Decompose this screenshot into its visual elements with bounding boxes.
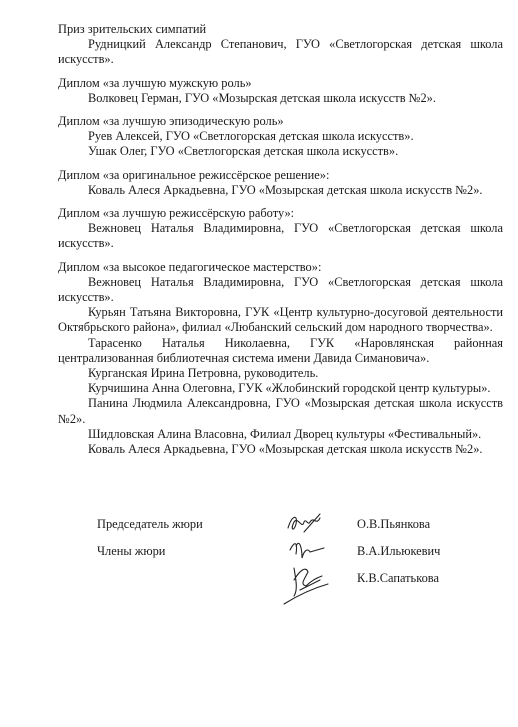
award-entry: Курьян Татьяна Викторовна, ГУК «Центр ку… — [58, 305, 503, 335]
award-section-episodic-role: Диплом «за лучшую эпизодическую роль» Ру… — [58, 114, 503, 160]
award-heading: Диплом «за оригинальное режиссёрское реш… — [58, 168, 503, 183]
award-entry: Вежновец Наталья Владимировна, ГУО «Свет… — [58, 221, 503, 251]
members-label: Члены жюри — [97, 544, 165, 559]
chair-label: Председатель жюри — [97, 517, 203, 532]
award-heading: Диплом «за высокое педагогическое мастер… — [58, 260, 503, 275]
award-section-director-work: Диплом «за лучшую режиссёрскую работу»: … — [58, 206, 503, 252]
award-entry: Курчишина Анна Олеговна, ГУК «Жлобинский… — [58, 381, 503, 396]
award-entry: Волковец Герман, ГУО «Мозырская детская … — [58, 91, 503, 106]
award-section-audience: Приз зрительских симпатий Рудницкий Алек… — [58, 22, 503, 68]
award-entry: Руев Алексей, ГУО «Светлогорская детская… — [58, 129, 503, 144]
award-entry: Ушак Олег, ГУО «Светлогорская детская шк… — [58, 144, 503, 159]
award-entry: Шидловская Алина Власовна, Филиал Дворец… — [58, 427, 503, 442]
award-section-director-decision: Диплом «за оригинальное режиссёрское реш… — [58, 168, 503, 198]
award-entry: Панина Людмила Александровна, ГУО «Мозыр… — [58, 396, 503, 426]
signer-name-2: В.А.Ильюкевич — [357, 544, 440, 559]
handwritten-signatures-icon — [280, 510, 350, 605]
signer-name-3: К.В.Сапатькова — [357, 571, 439, 586]
award-section-male-role: Диплом «за лучшую мужскую роль» Волковец… — [58, 76, 503, 106]
award-entry: Коваль Алеся Аркадьевна, ГУО «Мозырская … — [58, 442, 503, 457]
award-entry: Рудницкий Александр Степанович, ГУО «Све… — [58, 37, 503, 67]
award-heading: Диплом «за лучшую мужскую роль» — [58, 76, 503, 91]
award-entry: Вежновец Наталья Владимировна, ГУО «Свет… — [58, 275, 503, 305]
award-heading: Приз зрительских симпатий — [58, 22, 503, 37]
signer-name-1: О.В.Пьянкова — [357, 517, 430, 532]
award-heading: Диплом «за лучшую режиссёрскую работу»: — [58, 206, 503, 221]
award-section-pedagogical: Диплом «за высокое педагогическое мастер… — [58, 260, 503, 458]
award-entry: Тарасенко Наталья Николаевна, ГУК «Наров… — [58, 336, 503, 366]
document-body: Приз зрительских симпатий Рудницкий Алек… — [58, 22, 503, 465]
award-entry: Коваль Алеся Аркадьевна, ГУО «Мозырская … — [58, 183, 503, 198]
award-entry: Курганская Ирина Петровна, руководитель. — [58, 366, 503, 381]
award-heading: Диплом «за лучшую эпизодическую роль» — [58, 114, 503, 129]
